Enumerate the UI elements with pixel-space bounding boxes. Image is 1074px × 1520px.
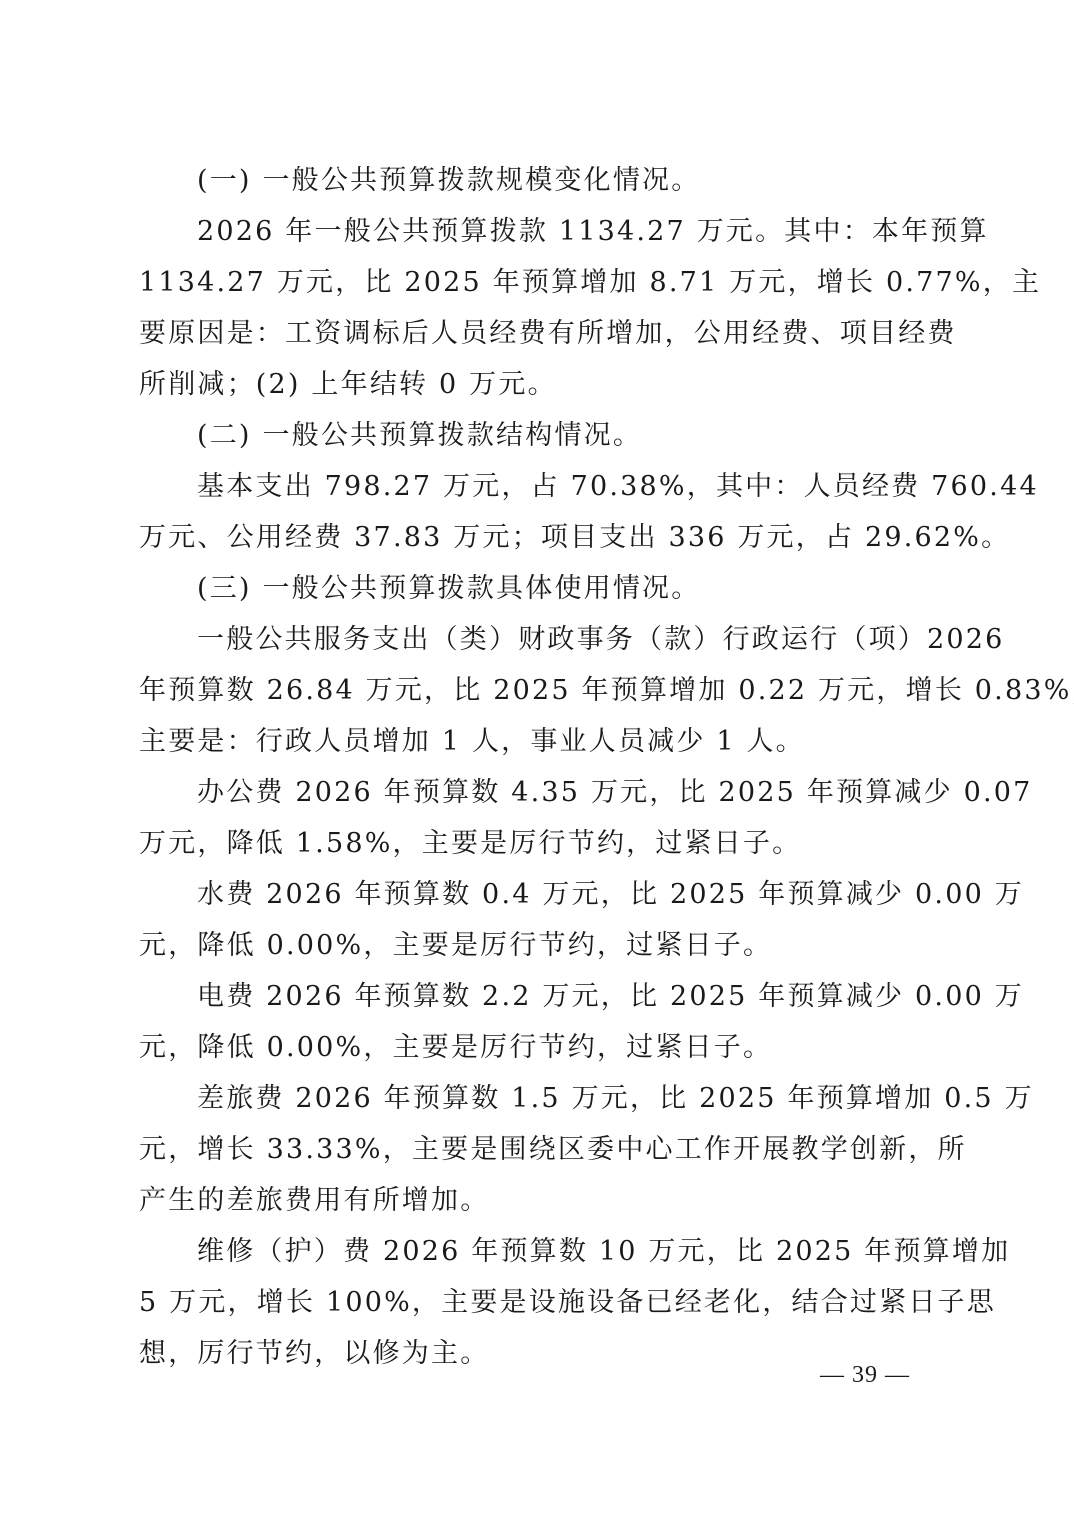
text-line: 万元、公用经费 37.83 万元；项目支出 336 万元，占 29.62%。	[139, 512, 936, 563]
page-number: — 39 —	[820, 1362, 910, 1389]
text-line: 基本支出 798.27 万元，占 70.38%，其中：人员经费 760.44	[139, 461, 936, 512]
text-line: 想，厉行节约，以修为主。	[139, 1328, 936, 1379]
section-heading-3: (三) 一般公共预算拨款具体使用情况。	[139, 563, 936, 614]
text-line: 元，降低 0.00%，主要是厉行节约，过紧日子。	[139, 920, 936, 971]
text-line: 所削减；(2) 上年结转 0 万元。	[139, 359, 936, 410]
paragraph-maintenance-expense: 维修（护）费 2026 年预算数 10 万元，比 2025 年预算增加 5 万元…	[139, 1226, 936, 1379]
text-line: (三) 一般公共预算拨款具体使用情况。	[139, 563, 936, 614]
paragraph-office-expense: 办公费 2026 年预算数 4.35 万元，比 2025 年预算减少 0.07 …	[139, 767, 936, 869]
text-line: 水费 2026 年预算数 0.4 万元，比 2025 年预算减少 0.00 万	[139, 869, 936, 920]
section-heading-1: (一) 一般公共预算拨款规模变化情况。	[139, 155, 936, 206]
paragraph-water-expense: 水费 2026 年预算数 0.4 万元，比 2025 年预算减少 0.00 万 …	[139, 869, 936, 971]
text-line: (一) 一般公共预算拨款规模变化情况。	[139, 155, 936, 206]
paragraph-admin-operation: 一般公共服务支出（类）财政事务（款）行政运行（项）2026 年预算数 26.84…	[139, 614, 936, 767]
paragraph-electricity-expense: 电费 2026 年预算数 2.2 万元，比 2025 年预算减少 0.00 万 …	[139, 971, 936, 1073]
paragraph-travel-expense: 差旅费 2026 年预算数 1.5 万元，比 2025 年预算增加 0.5 万 …	[139, 1073, 936, 1226]
text-line: 办公费 2026 年预算数 4.35 万元，比 2025 年预算减少 0.07	[139, 767, 936, 818]
text-line: 维修（护）费 2026 年预算数 10 万元，比 2025 年预算增加	[139, 1226, 936, 1277]
text-line: 要原因是：工资调标后人员经费有所增加，公用经费、项目经费	[139, 308, 936, 359]
paragraph-budget-structure: 基本支出 798.27 万元，占 70.38%，其中：人员经费 760.44 万…	[139, 461, 936, 563]
text-line: 差旅费 2026 年预算数 1.5 万元，比 2025 年预算增加 0.5 万	[139, 1073, 936, 1124]
text-line: 2026 年一般公共预算拨款 1134.27 万元。其中：本年预算	[139, 206, 936, 257]
text-line: 5 万元，增长 100%，主要是设施设备已经老化，结合过紧日子思	[139, 1277, 936, 1328]
text-line: 元，增长 33.33%，主要是围绕区委中心工作开展教学创新，所	[139, 1124, 936, 1175]
section-heading-2: (二) 一般公共预算拨款结构情况。	[139, 410, 936, 461]
text-line: 1134.27 万元，比 2025 年预算增加 8.71 万元，增长 0.77%…	[139, 257, 936, 308]
text-line: 元，降低 0.00%，主要是厉行节约，过紧日子。	[139, 1022, 936, 1073]
paragraph-budget-scale: 2026 年一般公共预算拨款 1134.27 万元。其中：本年预算 1134.2…	[139, 206, 936, 410]
text-line: 一般公共服务支出（类）财政事务（款）行政运行（项）2026	[139, 614, 936, 665]
document-page: (一) 一般公共预算拨款规模变化情况。 2026 年一般公共预算拨款 1134.…	[139, 155, 936, 1379]
text-line: 电费 2026 年预算数 2.2 万元，比 2025 年预算减少 0.00 万	[139, 971, 936, 1022]
text-line: 主要是：行政人员增加 1 人，事业人员减少 1 人。	[139, 716, 936, 767]
text-line: 年预算数 26.84 万元，比 2025 年预算增加 0.22 万元，增长 0.…	[139, 665, 936, 716]
text-line: 万元，降低 1.58%，主要是厉行节约，过紧日子。	[139, 818, 936, 869]
text-line: 产生的差旅费用有所增加。	[139, 1175, 936, 1226]
text-line: (二) 一般公共预算拨款结构情况。	[139, 410, 936, 461]
